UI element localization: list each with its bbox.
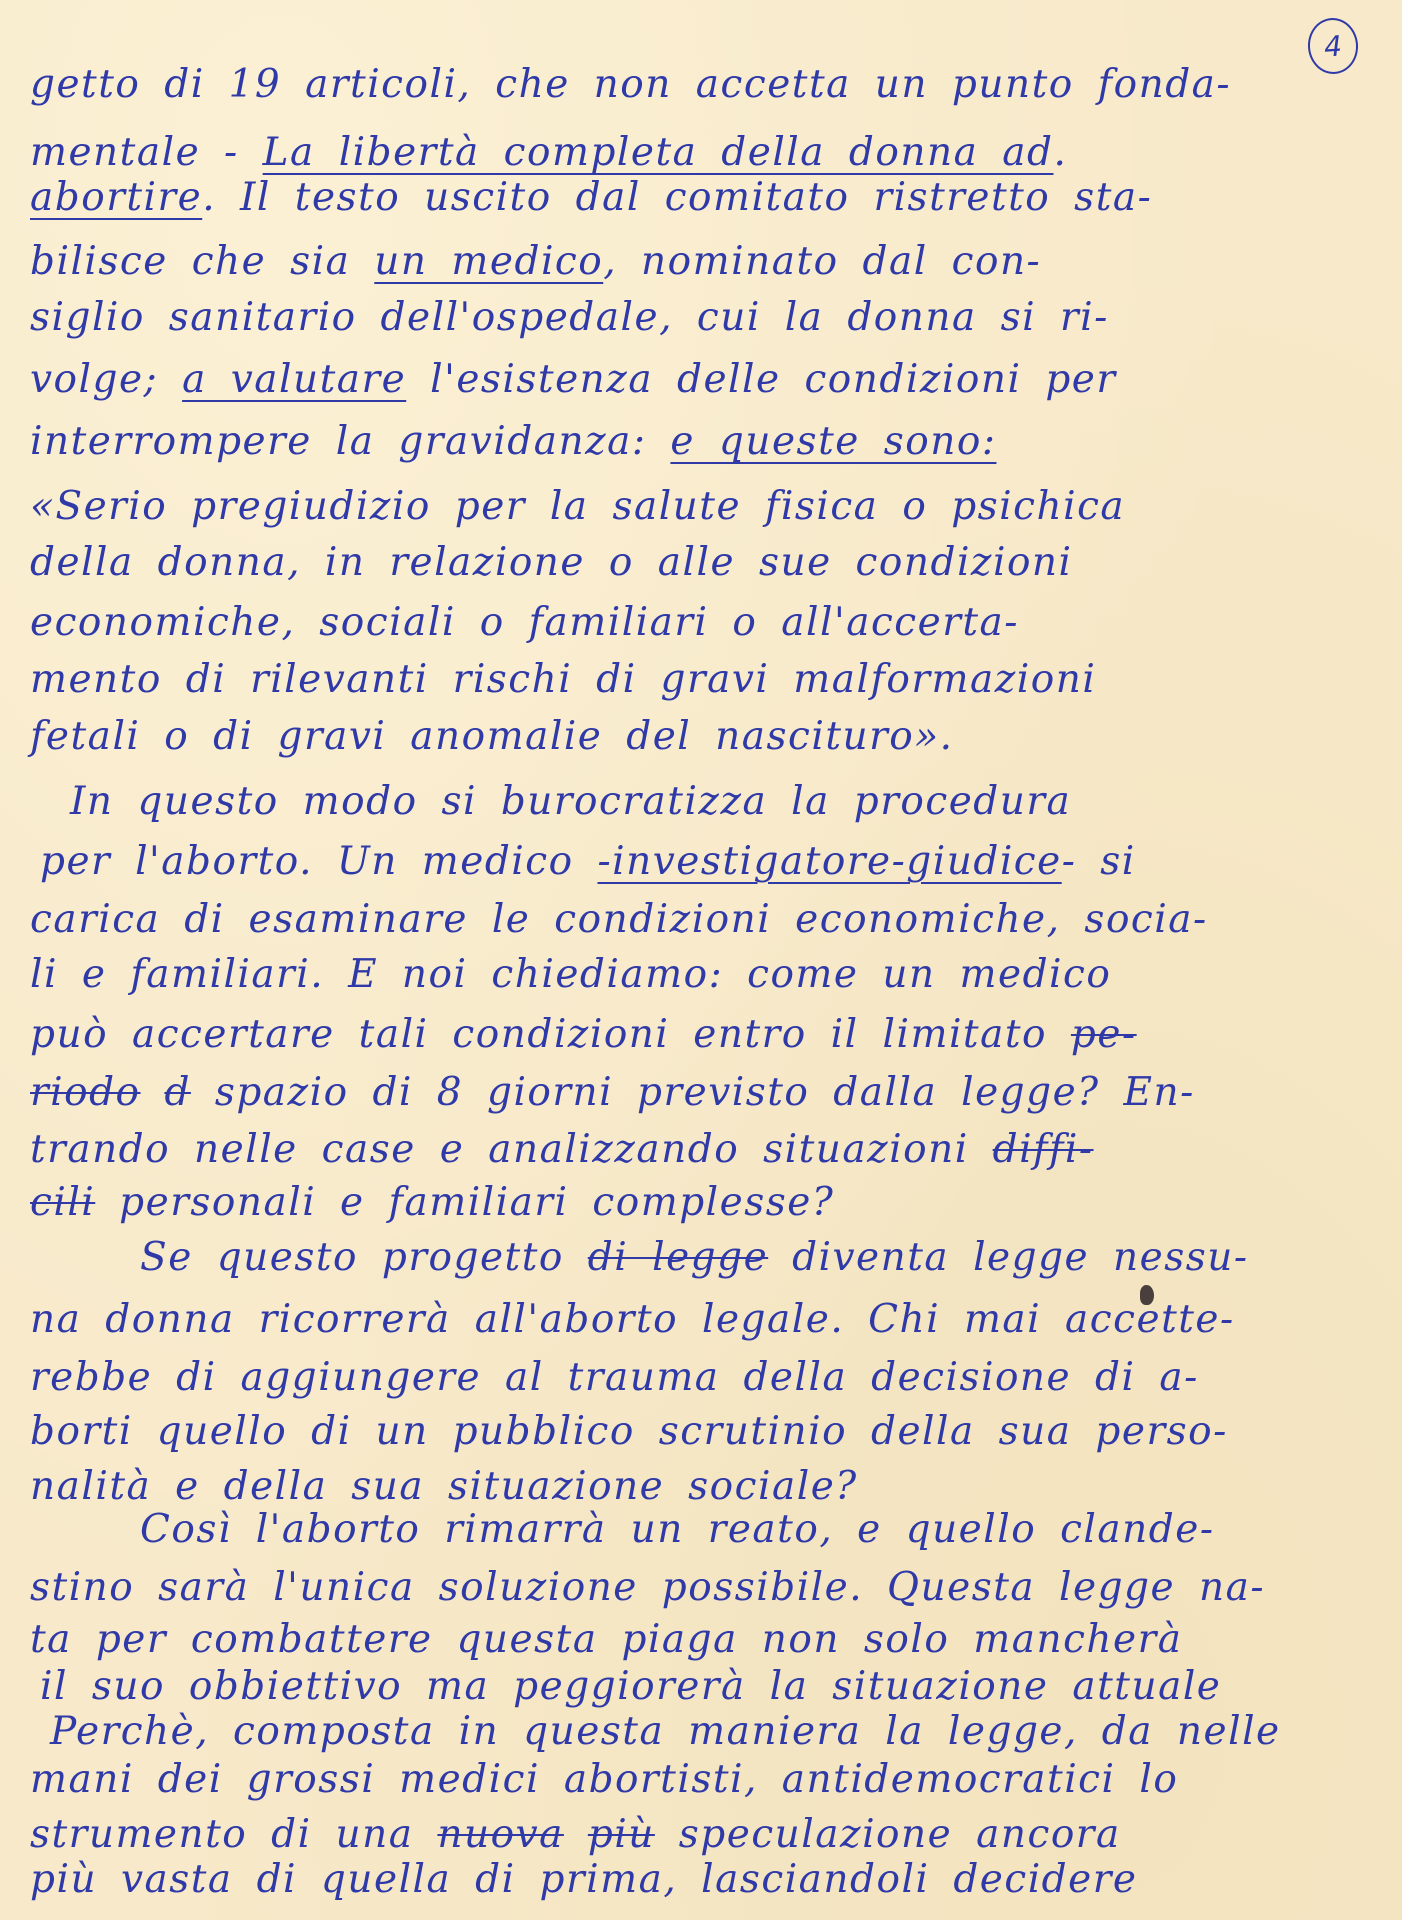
line-text: trando nelle case e analizzando situazio… bbox=[30, 1127, 993, 1172]
line-text: interrompere la gravidanza: bbox=[30, 419, 670, 464]
line-text: carica di esaminare le condizioni econom… bbox=[30, 897, 1208, 942]
underlined-text: un medico bbox=[374, 239, 603, 284]
line-text: per l'aborto. Un medico bbox=[40, 839, 597, 884]
line-text: volge; bbox=[30, 357, 182, 402]
text-line: strumento di una nuova più speculazione … bbox=[30, 1815, 1382, 1854]
line-text: può accertare tali condizioni entro il l… bbox=[30, 1012, 1071, 1057]
line-text: rebbe di aggiungere al trauma della deci… bbox=[30, 1355, 1199, 1400]
struck-text: più bbox=[588, 1812, 655, 1857]
text-line: ta per combattere questa piaga non solo … bbox=[30, 1620, 1382, 1659]
text-line: può accertare tali condizioni entro il l… bbox=[30, 1015, 1382, 1054]
line-text: Perchè, composta in questa maniera la le… bbox=[50, 1709, 1281, 1754]
underlined-text: e queste sono: bbox=[670, 419, 996, 464]
text-line: trando nelle case e analizzando situazio… bbox=[30, 1130, 1382, 1169]
line-text: della donna, in relazione o alle sue con… bbox=[30, 540, 1073, 585]
line-text: borti quello di un pubblico scrutinio de… bbox=[30, 1409, 1228, 1454]
text-line: li e familiari. E noi chiediamo: come un… bbox=[30, 955, 1382, 994]
line-text: In questo modo si burocratizza la proced… bbox=[70, 779, 1071, 824]
line-text: strumento di una bbox=[30, 1812, 437, 1857]
text-line: riodo d spazio di 8 giorni previsto dall… bbox=[30, 1073, 1382, 1112]
struck-text: diffi- bbox=[993, 1127, 1094, 1172]
text-line: fetali o di gravi anomalie del nascituro… bbox=[30, 717, 1382, 756]
line-text: speculazione ancora bbox=[655, 1812, 1121, 1857]
line-text: bilisce che sia bbox=[30, 239, 374, 284]
line-text: diventa legge nessu- bbox=[768, 1235, 1248, 1280]
underlined-text: -investigatore-giudice bbox=[597, 839, 1061, 884]
text-line: Se questo progetto di legge diventa legg… bbox=[140, 1238, 1382, 1277]
line-text: . Il testo uscito dal comitato ristretto… bbox=[202, 175, 1152, 220]
text-line: abortire. Il testo uscito dal comitato r… bbox=[30, 178, 1382, 217]
line-text: getto di 19 articoli, che non accetta un… bbox=[30, 62, 1231, 107]
text-line: il suo obbiettivo ma peggiorerà la situa… bbox=[40, 1667, 1382, 1706]
line-text: personali e familiari complesse? bbox=[95, 1180, 834, 1225]
page-number: 4 bbox=[1323, 29, 1343, 63]
struck-text: d bbox=[164, 1070, 190, 1115]
line-text: siglio sanitario dell'ospedale, cui la d… bbox=[30, 295, 1109, 340]
text-line: carica di esaminare le condizioni econom… bbox=[30, 900, 1382, 939]
text-line: interrompere la gravidanza: e queste son… bbox=[30, 422, 1382, 461]
struck-text: riodo bbox=[30, 1070, 141, 1115]
text-line: rebbe di aggiungere al trauma della deci… bbox=[30, 1358, 1382, 1397]
text-line: mento di rilevanti rischi di gravi malfo… bbox=[30, 660, 1382, 699]
text-line: mentale - La libertà completa della donn… bbox=[30, 133, 1382, 172]
line-text bbox=[564, 1812, 588, 1857]
text-line: cili personali e familiari complesse? bbox=[30, 1183, 1382, 1222]
line-text: stino sarà l'unica soluzione possibile. … bbox=[30, 1565, 1265, 1610]
line-text: , nominato dal con- bbox=[603, 239, 1041, 284]
line-text bbox=[141, 1070, 165, 1115]
text-line: nalità e della sua situazione sociale? bbox=[30, 1467, 1382, 1506]
line-text: Se questo progetto bbox=[140, 1235, 588, 1280]
line-text: il suo obbiettivo ma peggiorerà la situa… bbox=[40, 1664, 1221, 1709]
line-text: nalità e della sua situazione sociale? bbox=[30, 1464, 858, 1509]
underlined-text: a valutare bbox=[182, 357, 406, 402]
line-text: mani dei grossi medici abortisti, antide… bbox=[30, 1757, 1178, 1802]
line-text: spazio di 8 giorni previsto dalla legge?… bbox=[191, 1070, 1195, 1115]
struck-text: pe- bbox=[1071, 1012, 1137, 1057]
line-text: ta per combattere questa piaga non solo … bbox=[30, 1617, 1183, 1662]
line-text: . bbox=[1053, 130, 1067, 175]
line-text: economiche, sociali o familiari o all'ac… bbox=[30, 600, 1019, 645]
handwritten-page: 4 getto di 19 articoli, che non accetta … bbox=[0, 0, 1402, 1920]
text-line: della donna, in relazione o alle sue con… bbox=[30, 543, 1382, 582]
struck-text: cili bbox=[30, 1180, 95, 1225]
text-line: In questo modo si burocratizza la proced… bbox=[70, 782, 1382, 821]
text-line: borti quello di un pubblico scrutinio de… bbox=[30, 1412, 1382, 1451]
text-line: getto di 19 articoli, che non accetta un… bbox=[30, 65, 1382, 104]
line-text: «Serio pregiudizio per la salute fisica … bbox=[30, 484, 1125, 529]
line-text: l'esistenza delle condizioni per bbox=[406, 357, 1116, 402]
underlined-text: La libertà completa della donna ad bbox=[263, 130, 1054, 175]
text-line: per l'aborto. Un medico -investigatore-g… bbox=[40, 842, 1382, 881]
text-line: siglio sanitario dell'ospedale, cui la d… bbox=[30, 298, 1382, 337]
text-line: volge; a valutare l'esistenza delle cond… bbox=[30, 360, 1382, 399]
line-text: mento di rilevanti rischi di gravi malfo… bbox=[30, 657, 1096, 702]
text-line: stino sarà l'unica soluzione possibile. … bbox=[30, 1568, 1382, 1607]
underlined-text: abortire bbox=[30, 175, 202, 220]
struck-text: nuova bbox=[437, 1812, 564, 1857]
text-line: «Serio pregiudizio per la salute fisica … bbox=[30, 487, 1382, 526]
text-line: bilisce che sia un medico, nominato dal … bbox=[30, 242, 1382, 281]
line-text: più vasta di quella di prima, lasciandol… bbox=[30, 1857, 1137, 1902]
line-text: li e familiari. E noi chiediamo: come un… bbox=[30, 952, 1111, 997]
text-line: economiche, sociali o familiari o all'ac… bbox=[30, 603, 1382, 642]
line-text: - si bbox=[1062, 839, 1136, 884]
text-line: Perchè, composta in questa maniera la le… bbox=[50, 1712, 1382, 1751]
line-text: mentale - bbox=[30, 130, 263, 175]
text-line: Così l'aborto rimarrà un reato, e quello… bbox=[140, 1510, 1382, 1549]
line-text: fetali o di gravi anomalie del nascituro… bbox=[30, 714, 954, 759]
text-line: mani dei grossi medici abortisti, antide… bbox=[30, 1760, 1382, 1799]
line-text: na donna ricorrerà all'aborto legale. Ch… bbox=[30, 1297, 1235, 1342]
struck-text: di legge bbox=[588, 1235, 768, 1280]
text-line: più vasta di quella di prima, lasciandol… bbox=[30, 1860, 1382, 1899]
line-text: Così l'aborto rimarrà un reato, e quello… bbox=[140, 1507, 1215, 1552]
text-line: na donna ricorrerà all'aborto legale. Ch… bbox=[30, 1300, 1382, 1339]
ink-blot bbox=[1140, 1285, 1154, 1305]
